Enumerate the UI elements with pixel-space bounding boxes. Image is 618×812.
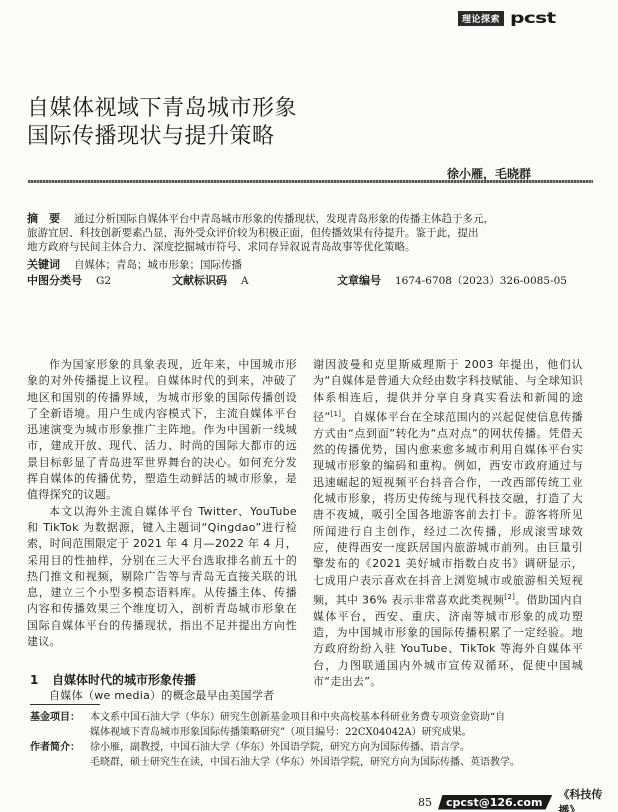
classification-row: 中图分类号G2 文献标识码A 文章编号1674-6708（2023）326-00…	[27, 272, 597, 288]
title-line-2: 国际传播现状与提升策略	[27, 123, 297, 151]
clc-label: 中图分类号	[27, 274, 82, 287]
body-paragraph: 作为国家形象的具象表现，近年来，中国城市形象的对外传播提上议程。自媒体时代的到来…	[27, 357, 297, 504]
fund-text: 本文系中国石油大学（华东）研究生创新基金项目和中央高校基本科研业务费专项资金资助…	[90, 710, 505, 725]
abstract-line: 地方政府与民间主体合力、深度挖掘城市符号、求同存异叙说青岛故事等优化策略。	[27, 240, 597, 254]
abstract-line: 通过分析国际自媒体平台中青岛城市形象的传播现状，发现青岛形象的传播主体趋于多元，	[74, 213, 494, 225]
keywords-value: 自媒体；青岛；城市形象；国际传播	[74, 259, 242, 271]
fund-label: 基金项目：	[30, 710, 90, 725]
section-title: 自媒体时代的城市形象传播	[52, 673, 196, 687]
footnotes: 基金项目：本文系中国石油大学（华东）研究生创新基金项目和中央高校基本科研业务费专…	[30, 710, 600, 770]
keywords-label: 关键词	[27, 258, 60, 271]
right-column: 谢因波曼和克里斯威理斯于 2003 年提出，他们认为“自媒体是普通大众经由数字科…	[313, 357, 583, 690]
journal-email[interactable]: cpcst@126.com	[438, 795, 552, 810]
doc-code-value: A	[241, 275, 249, 287]
section-intro: 自媒体（we media）的概念最早由美国学者	[27, 687, 297, 703]
citation-ref[interactable]: [1]	[331, 410, 342, 418]
doc-code-label: 文献标识码	[172, 274, 227, 287]
author-bio-label: 作者简介：	[30, 740, 90, 755]
abstract: 摘 要通过分析国际自媒体平台中青岛城市形象的传播现状，发现青岛形象的传播主体趋于…	[27, 212, 597, 254]
keywords: 关键词自媒体；青岛；城市形象；国际传播	[27, 256, 242, 272]
section-heading: 1自媒体时代的城市形象传播	[30, 671, 196, 688]
section-number: 1	[30, 673, 52, 687]
footnote-divider	[30, 704, 100, 705]
abstract-label: 摘 要	[27, 212, 60, 225]
body-paragraph: 谢因波曼和克里斯威理斯于 2003 年提出，他们认为“自媒体是普通大众经由数字科…	[313, 357, 583, 690]
author-bio-text: 毛晓群，硕士研究生在读，中国石油大学（华东）外国语学院，研究方向为国际传播、英语…	[30, 755, 600, 770]
article-number-label: 文章编号	[337, 274, 381, 287]
journal-name: 《科技传播》	[558, 786, 618, 812]
title-line-1: 自媒体视域下青岛城市形象	[27, 95, 297, 123]
body-text: 。自媒体平台在全球范围内的兴起促使信息传播方式由“点到面”转化为“点对点”的网状…	[313, 411, 583, 607]
page-header: 理论探索 pcst	[458, 9, 544, 27]
page-number: 85	[418, 796, 432, 809]
left-column: 作为国家形象的具象表现，近年来，中国城市形象的对外传播提上议程。自媒体时代的到来…	[27, 357, 297, 650]
journal-logo: pcst	[510, 9, 556, 27]
body-text: 。借助国内自媒体平台，西安、重庆、济南等城市形象的成功塑造，为中国城市形象的国际…	[313, 593, 583, 687]
abstract-line: 旅游宜居、科技创新要素凸显，海外受众评价较为积极正面，但传播效果有待提升。鉴于此…	[27, 226, 597, 240]
clc-value: G2	[96, 275, 111, 287]
article-title: 自媒体视域下青岛城市形象 国际传播现状与提升策略	[27, 95, 297, 151]
article-number-value: 1674-6708（2023）326-0085-05	[395, 275, 567, 287]
page-footer: 85 cpcst@126.com 《科技传播》	[418, 786, 618, 812]
author-bio-text: 徐小雁，副教授，中国石油大学（华东）外国语学院，研究方向为国际传播、语言学。	[90, 740, 470, 755]
title-divider	[28, 180, 593, 183]
citation-ref[interactable]: [2]	[504, 593, 515, 601]
body-paragraph: 本文以海外主流自媒体平台 Twitter、YouTube 和 TikTok 为数…	[27, 504, 297, 651]
section-badge: 理论探索	[458, 11, 504, 26]
fund-text: 媒体视域下青岛城市形象国际传播策略研究”（项目编号：22CX04042A）研究成…	[30, 725, 600, 740]
